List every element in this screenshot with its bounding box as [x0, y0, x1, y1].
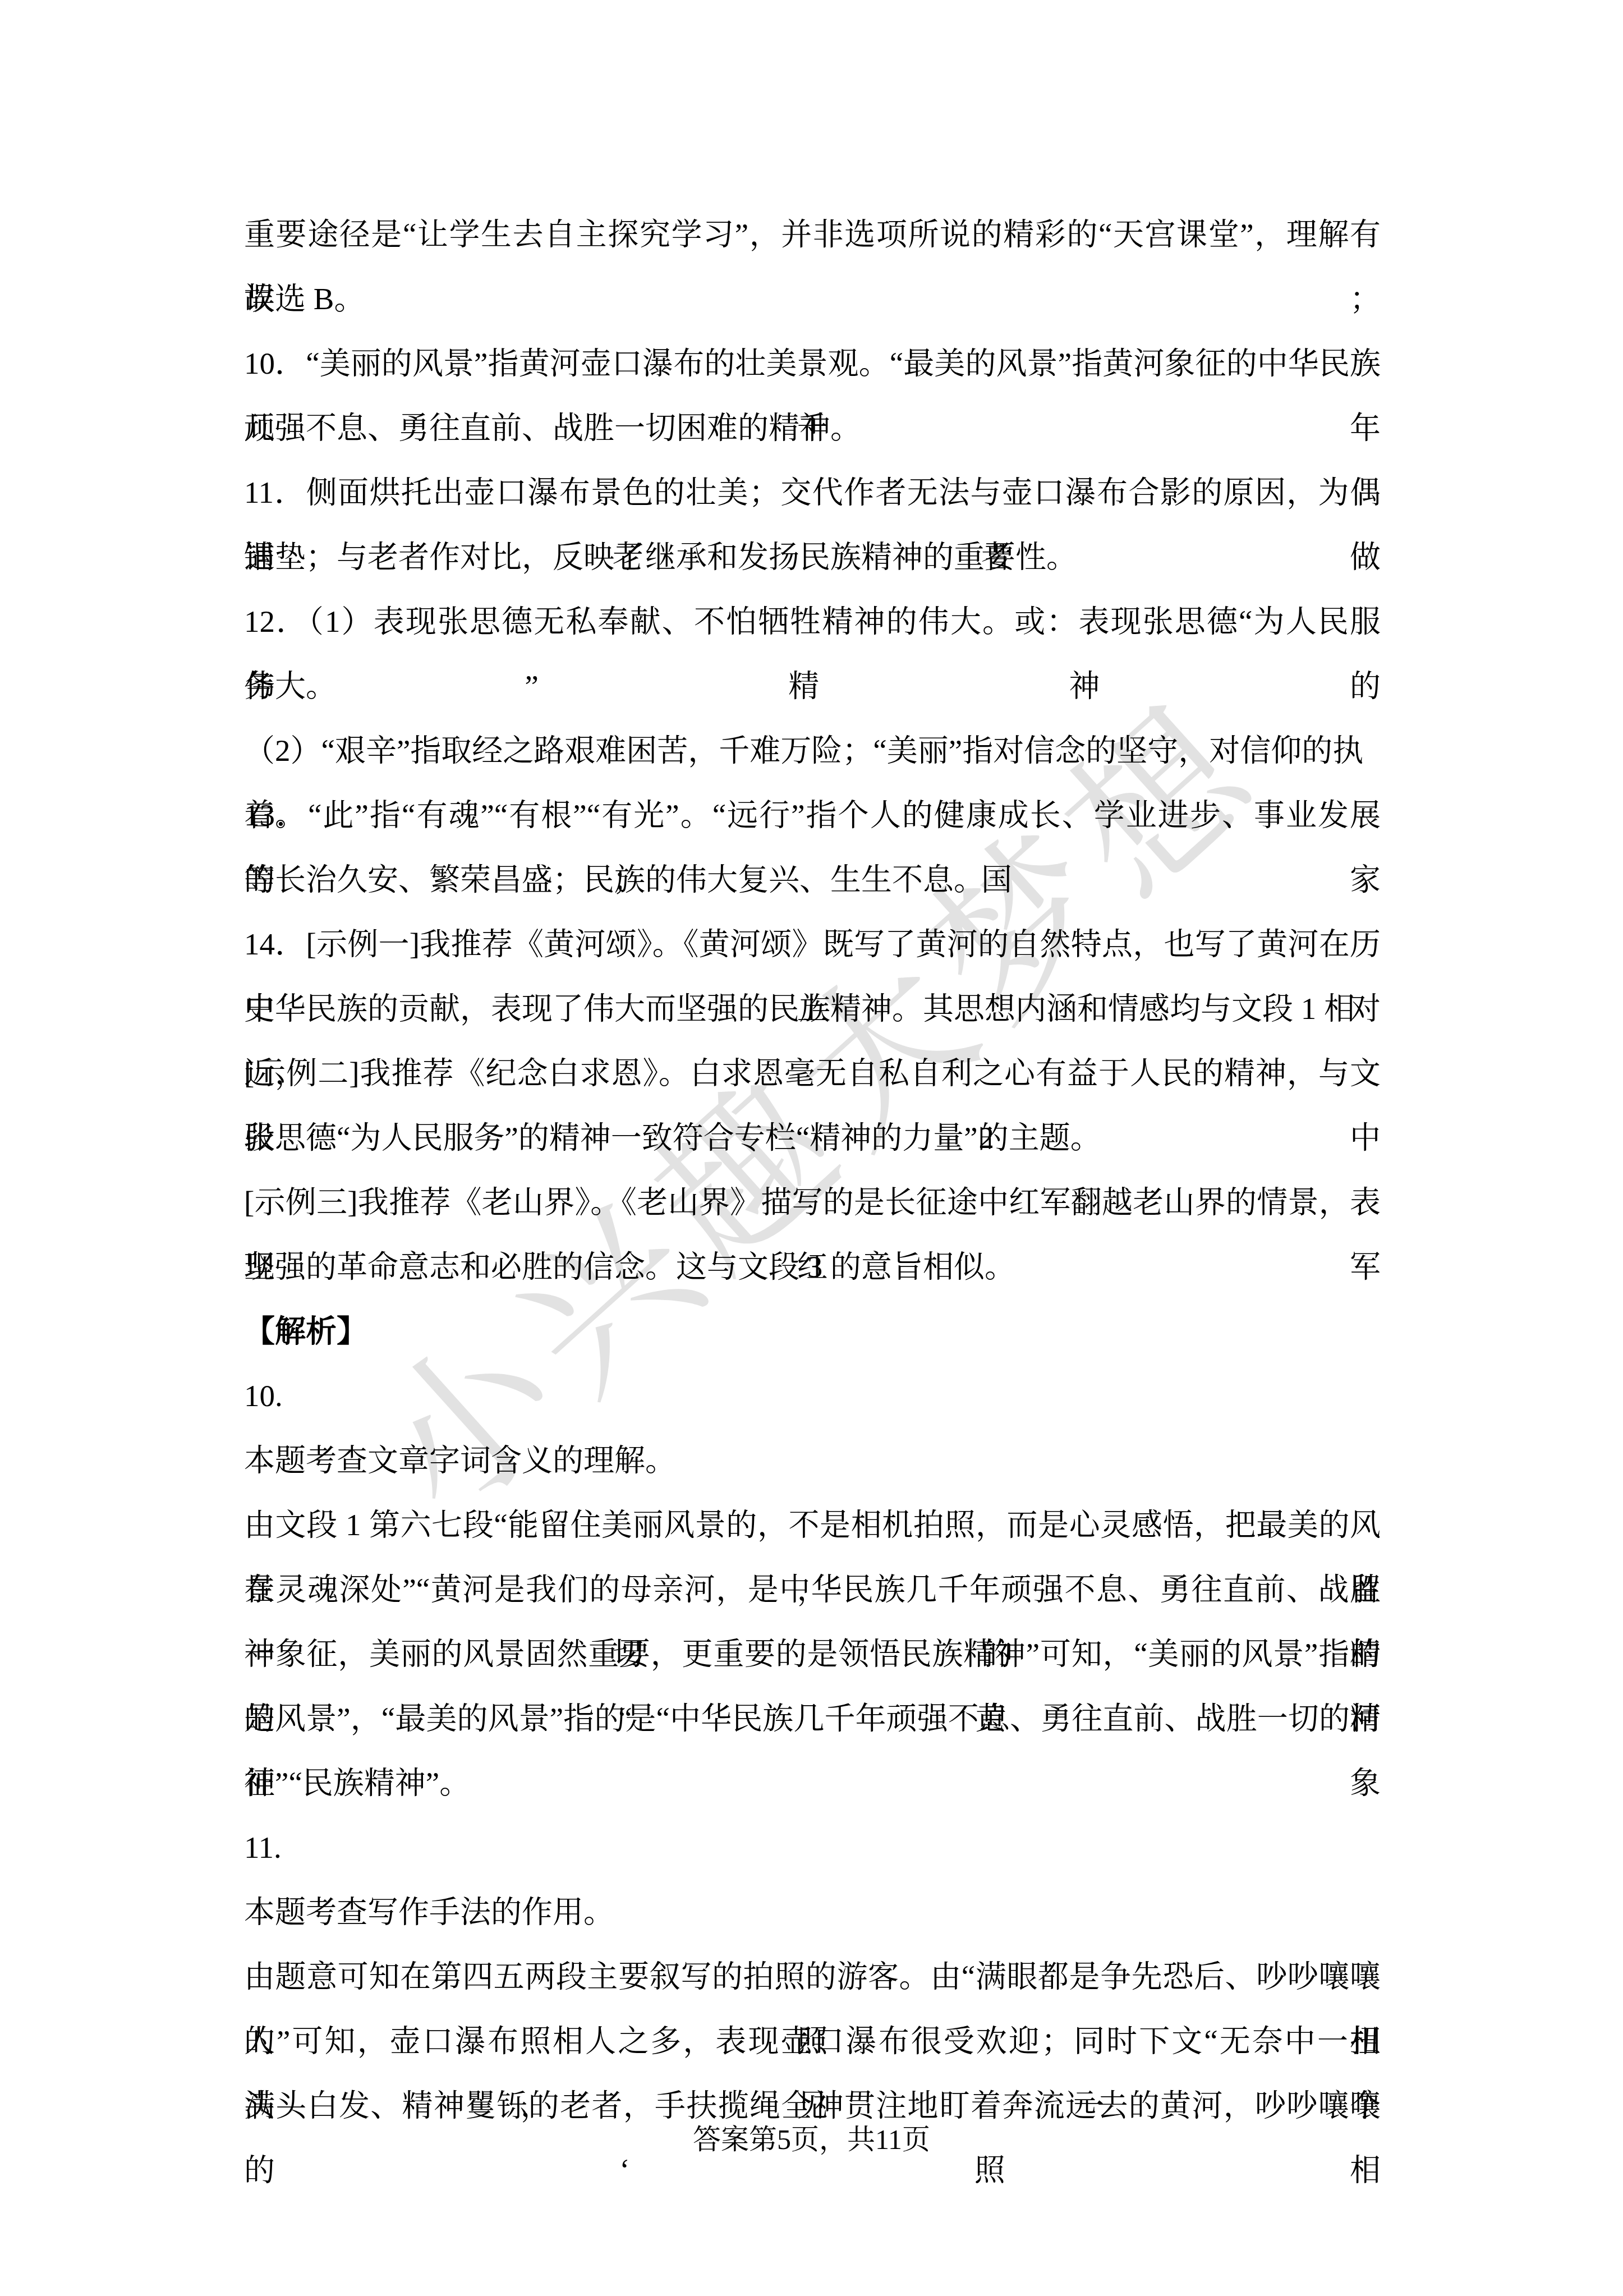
- text-line: 11．侧面烘托出壶口瀑布景色的壮美；交代作者无法与壶口瀑布合影的原因，为偶遇老者…: [244, 460, 1381, 525]
- text-line: 由题意可知在第四五两段主要叙写的拍照的游客。由“满眼都是争先恐后、吵吵嚷嚷的照相: [244, 1944, 1381, 2009]
- text-line: 14．[示例一]我推荐《黄河颂》。《黄河颂》既写了黄河的自然特点，也写了黄河在历…: [244, 912, 1381, 976]
- text-line: 本题考查写作手法的作用。: [244, 1880, 1381, 1944]
- text-line: 13．“此”指“有魂”“有根”“有光”。“远行”指个人的健康成长、学业进步、事业…: [244, 783, 1381, 847]
- text-line: 12．（1）表现张思德无私奉献、不怕牺牲精神的伟大。或：表现张思德“为人民服务”…: [244, 589, 1381, 654]
- text-line: 10.: [244, 1363, 1381, 1428]
- text-line: 中华民族的贡献，表现了伟大而坚强的民族精神。其思想内涵和情感均与文段 1 相近，: [244, 976, 1381, 1041]
- text-line: [示例二]我推荐《纪念白求恩》。白求恩毫无自私自利之心有益于人民的精神，与文段 …: [244, 1041, 1381, 1105]
- text-line: 神象征，美丽的风景固然重要，更重要的是领悟民族精神”可知，“美丽的风景”指的是“…: [244, 1622, 1381, 1686]
- text-line: 重要途径是“让学生去自主探究学习”，并非选项所说的精彩的“天宫课堂”，理解有误；: [244, 202, 1381, 267]
- text-line: [示例三]我推荐《老山界》。《老山界》描写的是长征途中红军翻越老山界的情景，表现…: [244, 1170, 1381, 1234]
- document-page: 小兴趣大梦想 重要途径是“让学生去自主探究学习”，并非选项所说的精彩的“天宫课堂…: [0, 0, 1623, 2296]
- text-line: 11.: [244, 1815, 1381, 1880]
- text-line: 的风景”，“最美的风景”指的是“中华民族几千年顽强不息、勇往直前、战胜一切的精神…: [244, 1686, 1381, 1751]
- page-footer: 答案第5页，共11页: [0, 2122, 1623, 2157]
- text-line: 由文段 1 第六七段“能留住美丽风景的，不是相机拍照，而是心灵感悟，把最美的风景…: [244, 1493, 1381, 1557]
- text-line: 本题考查文章字词含义的理解。: [244, 1428, 1381, 1493]
- text-line: 人”可知，壶口瀑布照相人之多，表现壶口瀑布很受欢迎；同时下文“无奈中一扭头，见一…: [244, 2009, 1381, 2073]
- answer-analysis-text-block: 重要途径是“让学生去自主探究学习”，并非选项所说的精彩的“天宫课堂”，理解有误；…: [244, 202, 1381, 2138]
- text-line: 【解析】: [244, 1299, 1381, 1363]
- text-line: （2）“艰辛”指取经之路艰难困苦，千难万险；“美丽”指对信念的坚守，对信仰的执着…: [244, 718, 1381, 783]
- text-line: 10．“美丽的风景”指黄河壶口瀑布的壮美景观。“最美的风景”指黄河象征的中华民族…: [244, 331, 1381, 396]
- text-line: 在灵魂深处”“黄河是我们的母亲河，是中华民族几千年顽强不息、勇往直前、战胜一切的…: [244, 1557, 1381, 1622]
